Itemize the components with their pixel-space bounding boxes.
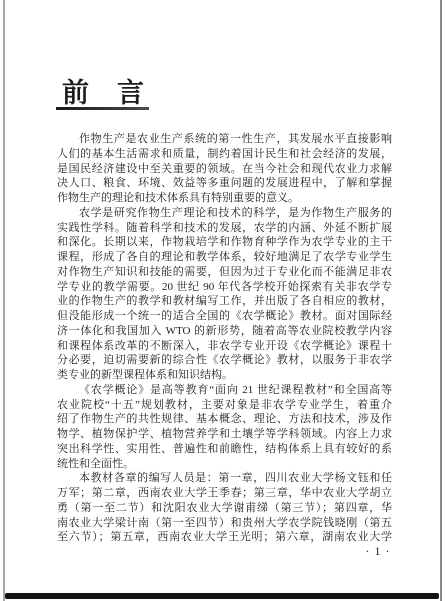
text-line: 类专业的新型课程体系和知识结构。 [57, 368, 392, 383]
text-line: 南农业大学梁计南（第一至四节）和贵州大学农学院钱晓刚（第五 [57, 516, 392, 531]
text-line: 实践性学科。随着科学和技术的发展，农学的内涵、外延不断扩展 [57, 221, 392, 236]
text-line: 物学、植物保护学、植物营养学和土壤学等学科领域。内容上力求 [57, 427, 392, 442]
text-line: 至六节）；第五章，西南农业大学王光明；第六章，湖南农业大学 [57, 530, 392, 545]
text-line: 对作物生产知识和技能的需要，但因为过于专业化而不能满足非农 [57, 265, 392, 280]
text-line: 作物生产是农业生产系统的第一性生产，其发展水平直接影响 [57, 132, 392, 147]
text-line: 人们的基本生活需求和质量，制约着国计民生和社会经济的发展， [57, 147, 392, 162]
scan-edge-right [440, 0, 442, 601]
page-title: 前 言 [56, 74, 150, 106]
text-line: 但没能形成一个统一的适合全国的《农学概论》教材。面对国际经 [57, 309, 392, 324]
text-line: 统性和全面性。 [57, 457, 392, 472]
text-line: 济一体化和我国加入 WTO 的新形势，随着高等农业院校教学内容 [57, 324, 392, 339]
text-line: 作物生产的理论和技术体系具有特别重要的意义。 [57, 191, 392, 206]
text-line: 勇（第一至二节）和沈阳农业大学谢甫绨（第三节）；第四章，华 [57, 501, 392, 516]
text-line: 本教材各章的编写人员是：第一章，四川农业大学杨文钰和任 [57, 471, 392, 486]
title-char-1: 前 [62, 71, 89, 110]
text-line: 万军；第二章，西南农业大学王季春；第三章，华中农业大学胡立 [57, 486, 392, 501]
text-line: 决人口、粮食、环境、效益等多重问题的发展进程中，了解和掌握 [57, 176, 392, 191]
text-line: 农业院校“十五”规划教材，主要对象是非农学专业学生，着重介 [57, 398, 392, 413]
text-line: 是国民经济建设中至关重要的领域。在当今社会和现代农业力求解 [57, 162, 392, 177]
text-line: 课程，形成了各自的理论和教学体系，较好地满足了农学专业学生 [57, 250, 392, 265]
text-line: 分必要，迫切需要新的综合性《农学概论》教材，以服务于非农学 [57, 353, 392, 368]
text-line: 和深化。长期以来，作物栽培学和作物育种学作为农学专业的主干 [57, 235, 392, 250]
scanned-book-page: { "page": { "title": { "char_1": "前", "c… [0, 0, 445, 601]
scan-edge-left [3, 0, 5, 601]
text-line: 和课程体系改革的不断深入，非农学专业开设《农学概论》课程十 [57, 339, 392, 354]
scan-bottom-bar [5, 593, 439, 599]
text-line: 学专业的教学需要。20 世纪 90 年代各学校开始探索有关非农学专 [57, 280, 392, 295]
text-line: 业的作物生产的教学和教材编写工作，并出版了各自相应的教材， [57, 294, 392, 309]
title-underline [56, 107, 149, 110]
text-line: 绍了作物生产的共性规律、基本概念、理论、方法和技术，涉及作 [57, 412, 392, 427]
title-char-2: 言 [117, 71, 144, 110]
preface-body-text: 作物生产是农业生产系统的第一性生产，其发展水平直接影响人们的基本生活需求和质量，… [57, 132, 392, 545]
text-line: 农学是研究作物生产理论和技术的科学，是为作物生产服务的 [57, 206, 392, 221]
text-line: 突出科学性、实用性、普遍性和前瞻性，结构体系上具有较好的系 [57, 442, 392, 457]
text-line: 《农学概论》是高等教育“面向 21 世纪课程教材”和全国高等 [57, 383, 392, 398]
page-number: · 1 · [358, 544, 398, 559]
